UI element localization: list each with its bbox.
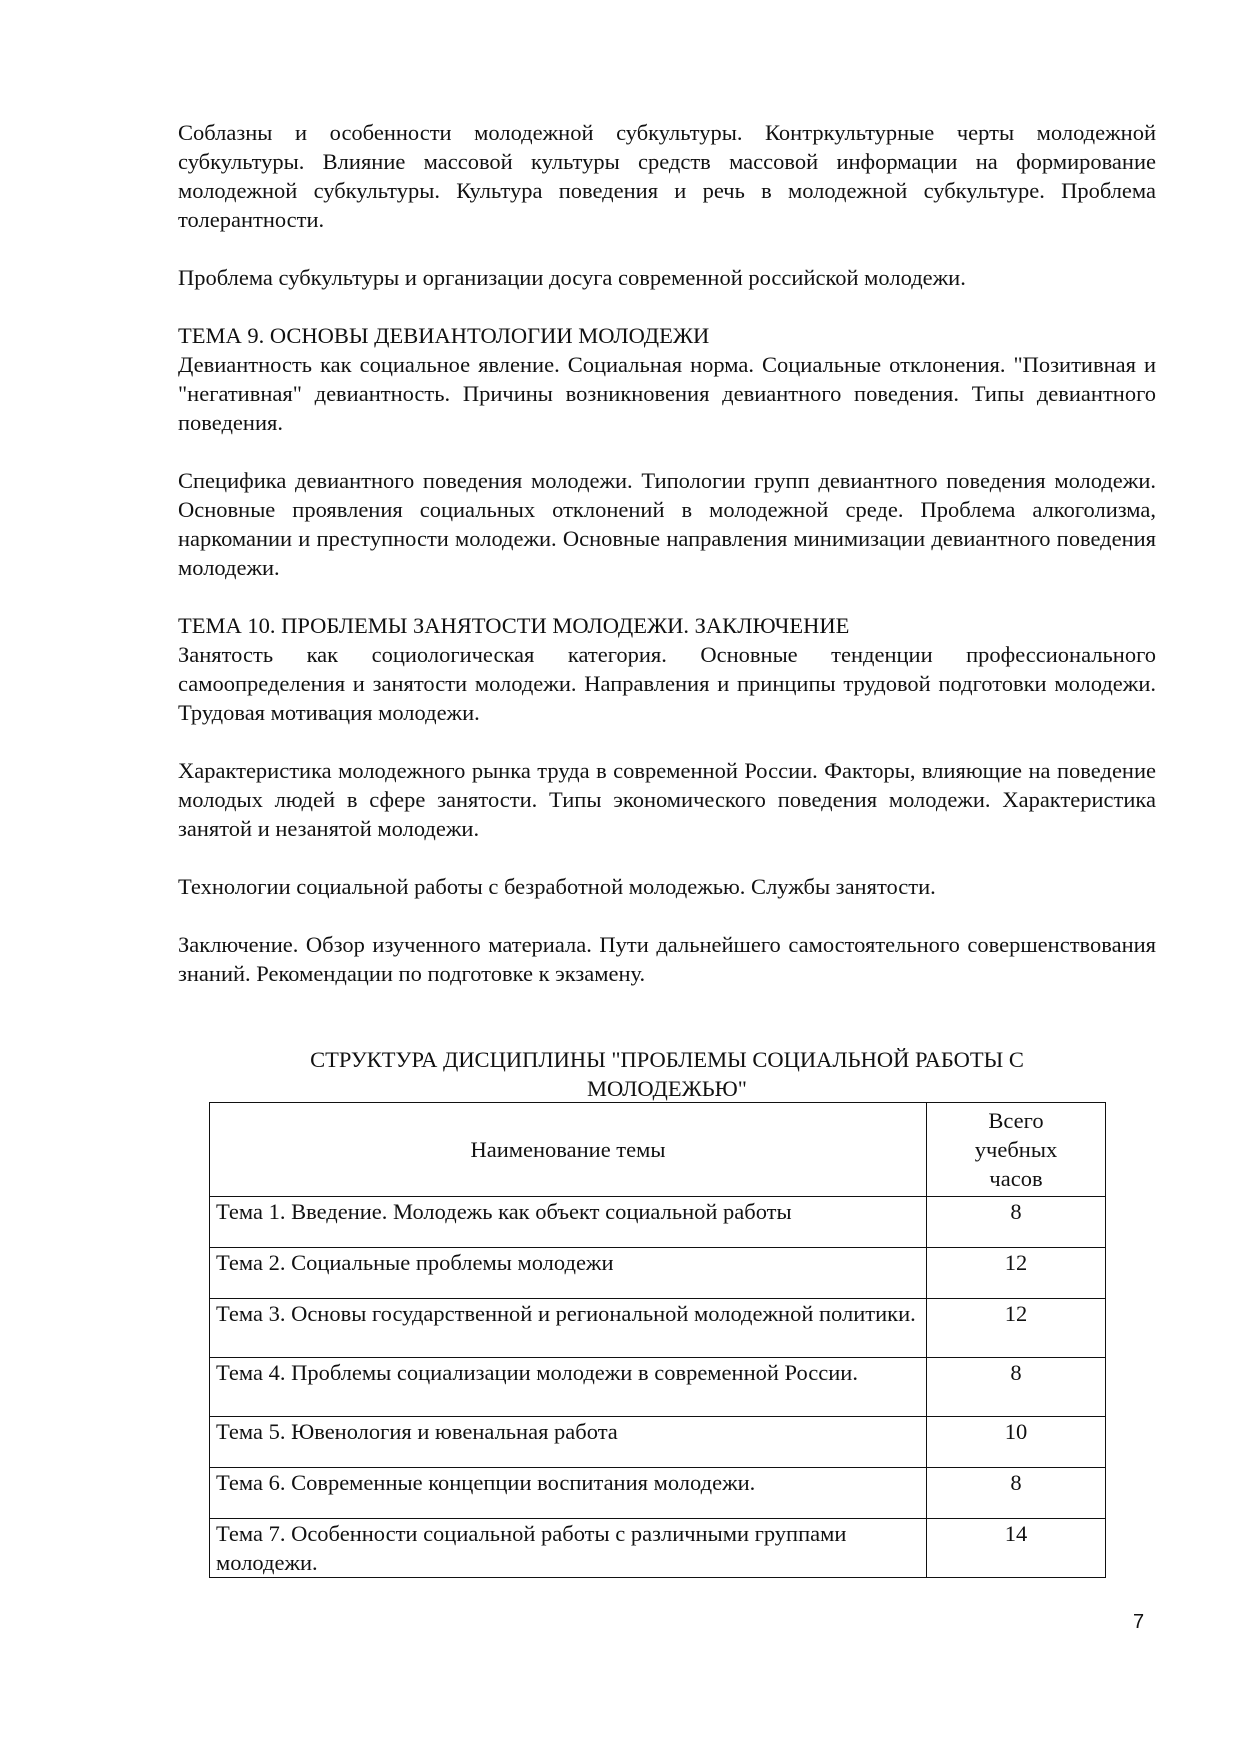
table-cell-hours: 10	[927, 1417, 1106, 1468]
table-cell-hours: 8	[927, 1197, 1106, 1248]
section-9-paragraph-1: Девиантность как социальное явление. Соц…	[178, 350, 1156, 437]
header-hours-line-3: часов	[933, 1164, 1099, 1193]
table-cell-topic: Тема 1. Введение. Молодежь как объект со…	[210, 1197, 927, 1248]
section-10-paragraph-1: Занятость как социологическая категория.…	[178, 640, 1156, 727]
table-cell-hours: 12	[927, 1299, 1106, 1358]
header-topic-name: Наименование темы	[210, 1103, 927, 1197]
structure-table-title: СТРУКТУРА ДИСЦИПЛИНЫ "ПРОБЛЕМЫ СОЦИАЛЬНО…	[178, 1045, 1156, 1103]
section-9-paragraph-2: Специфика девиантного поведения молодежи…	[178, 466, 1156, 582]
discipline-structure-table: Наименование темы Всего учебных часов Те…	[209, 1102, 1106, 1578]
section-10-paragraph-3: Технологии социальной работы с безработн…	[178, 872, 1156, 901]
table-cell-topic: Тема 7. Особенности социальной работы с …	[210, 1519, 927, 1578]
table-row: Тема 5. Ювенология и ювенальная работа 1…	[210, 1417, 1106, 1468]
section-10-heading: ТЕМА 10. ПРОБЛЕМЫ ЗАНЯТОСТИ МОЛОДЕЖИ. ЗА…	[178, 611, 1156, 640]
table-cell-topic: Тема 6. Современные концепции воспитания…	[210, 1468, 927, 1519]
header-hours-line-2: учебных	[933, 1135, 1099, 1164]
table-row: Тема 2. Социальные проблемы молодежи 12	[210, 1248, 1106, 1299]
paragraph-subculture-leisure: Проблема субкультуры и организации досуг…	[178, 263, 1156, 292]
structure-table-title-line-2: МОЛОДЕЖЬЮ"	[178, 1074, 1156, 1103]
table-cell-hours: 14	[927, 1519, 1106, 1578]
table-cell-topic: Тема 4. Проблемы социализации молодежи в…	[210, 1358, 927, 1417]
section-9-heading: ТЕМА 9. ОСНОВЫ ДЕВИАНТОЛОГИИ МОЛОДЕЖИ	[178, 321, 1156, 350]
header-hours-line-1: Всего	[933, 1106, 1099, 1135]
table-cell-topic: Тема 2. Социальные проблемы молодежи	[210, 1248, 927, 1299]
table-row: Тема 7. Особенности социальной работы с …	[210, 1519, 1106, 1578]
table-header-row: Наименование темы Всего учебных часов	[210, 1103, 1106, 1197]
paragraph-subculture-features: Соблазны и особенности молодежной субкул…	[178, 118, 1156, 234]
table-row: Тема 1. Введение. Молодежь как объект со…	[210, 1197, 1106, 1248]
table-row: Тема 6. Современные концепции воспитания…	[210, 1468, 1106, 1519]
structure-table-title-line-1: СТРУКТУРА ДИСЦИПЛИНЫ "ПРОБЛЕМЫ СОЦИАЛЬНО…	[178, 1045, 1156, 1074]
table-cell-topic: Тема 5. Ювенология и ювенальная работа	[210, 1417, 927, 1468]
table-row: Тема 3. Основы государственной и региона…	[210, 1299, 1106, 1358]
header-total-hours: Всего учебных часов	[927, 1103, 1106, 1197]
page-number: 7	[1133, 1611, 1144, 1634]
document-page-body: Соблазны и особенности молодежной субкул…	[178, 118, 1156, 988]
table-cell-hours: 8	[927, 1358, 1106, 1417]
table-row: Тема 4. Проблемы социализации молодежи в…	[210, 1358, 1106, 1417]
table-cell-hours: 12	[927, 1248, 1106, 1299]
section-10-paragraph-4: Заключение. Обзор изученного материала. …	[178, 930, 1156, 988]
table-cell-hours: 8	[927, 1468, 1106, 1519]
table-cell-topic: Тема 3. Основы государственной и региона…	[210, 1299, 927, 1358]
section-10-paragraph-2: Характеристика молодежного рынка труда в…	[178, 756, 1156, 843]
